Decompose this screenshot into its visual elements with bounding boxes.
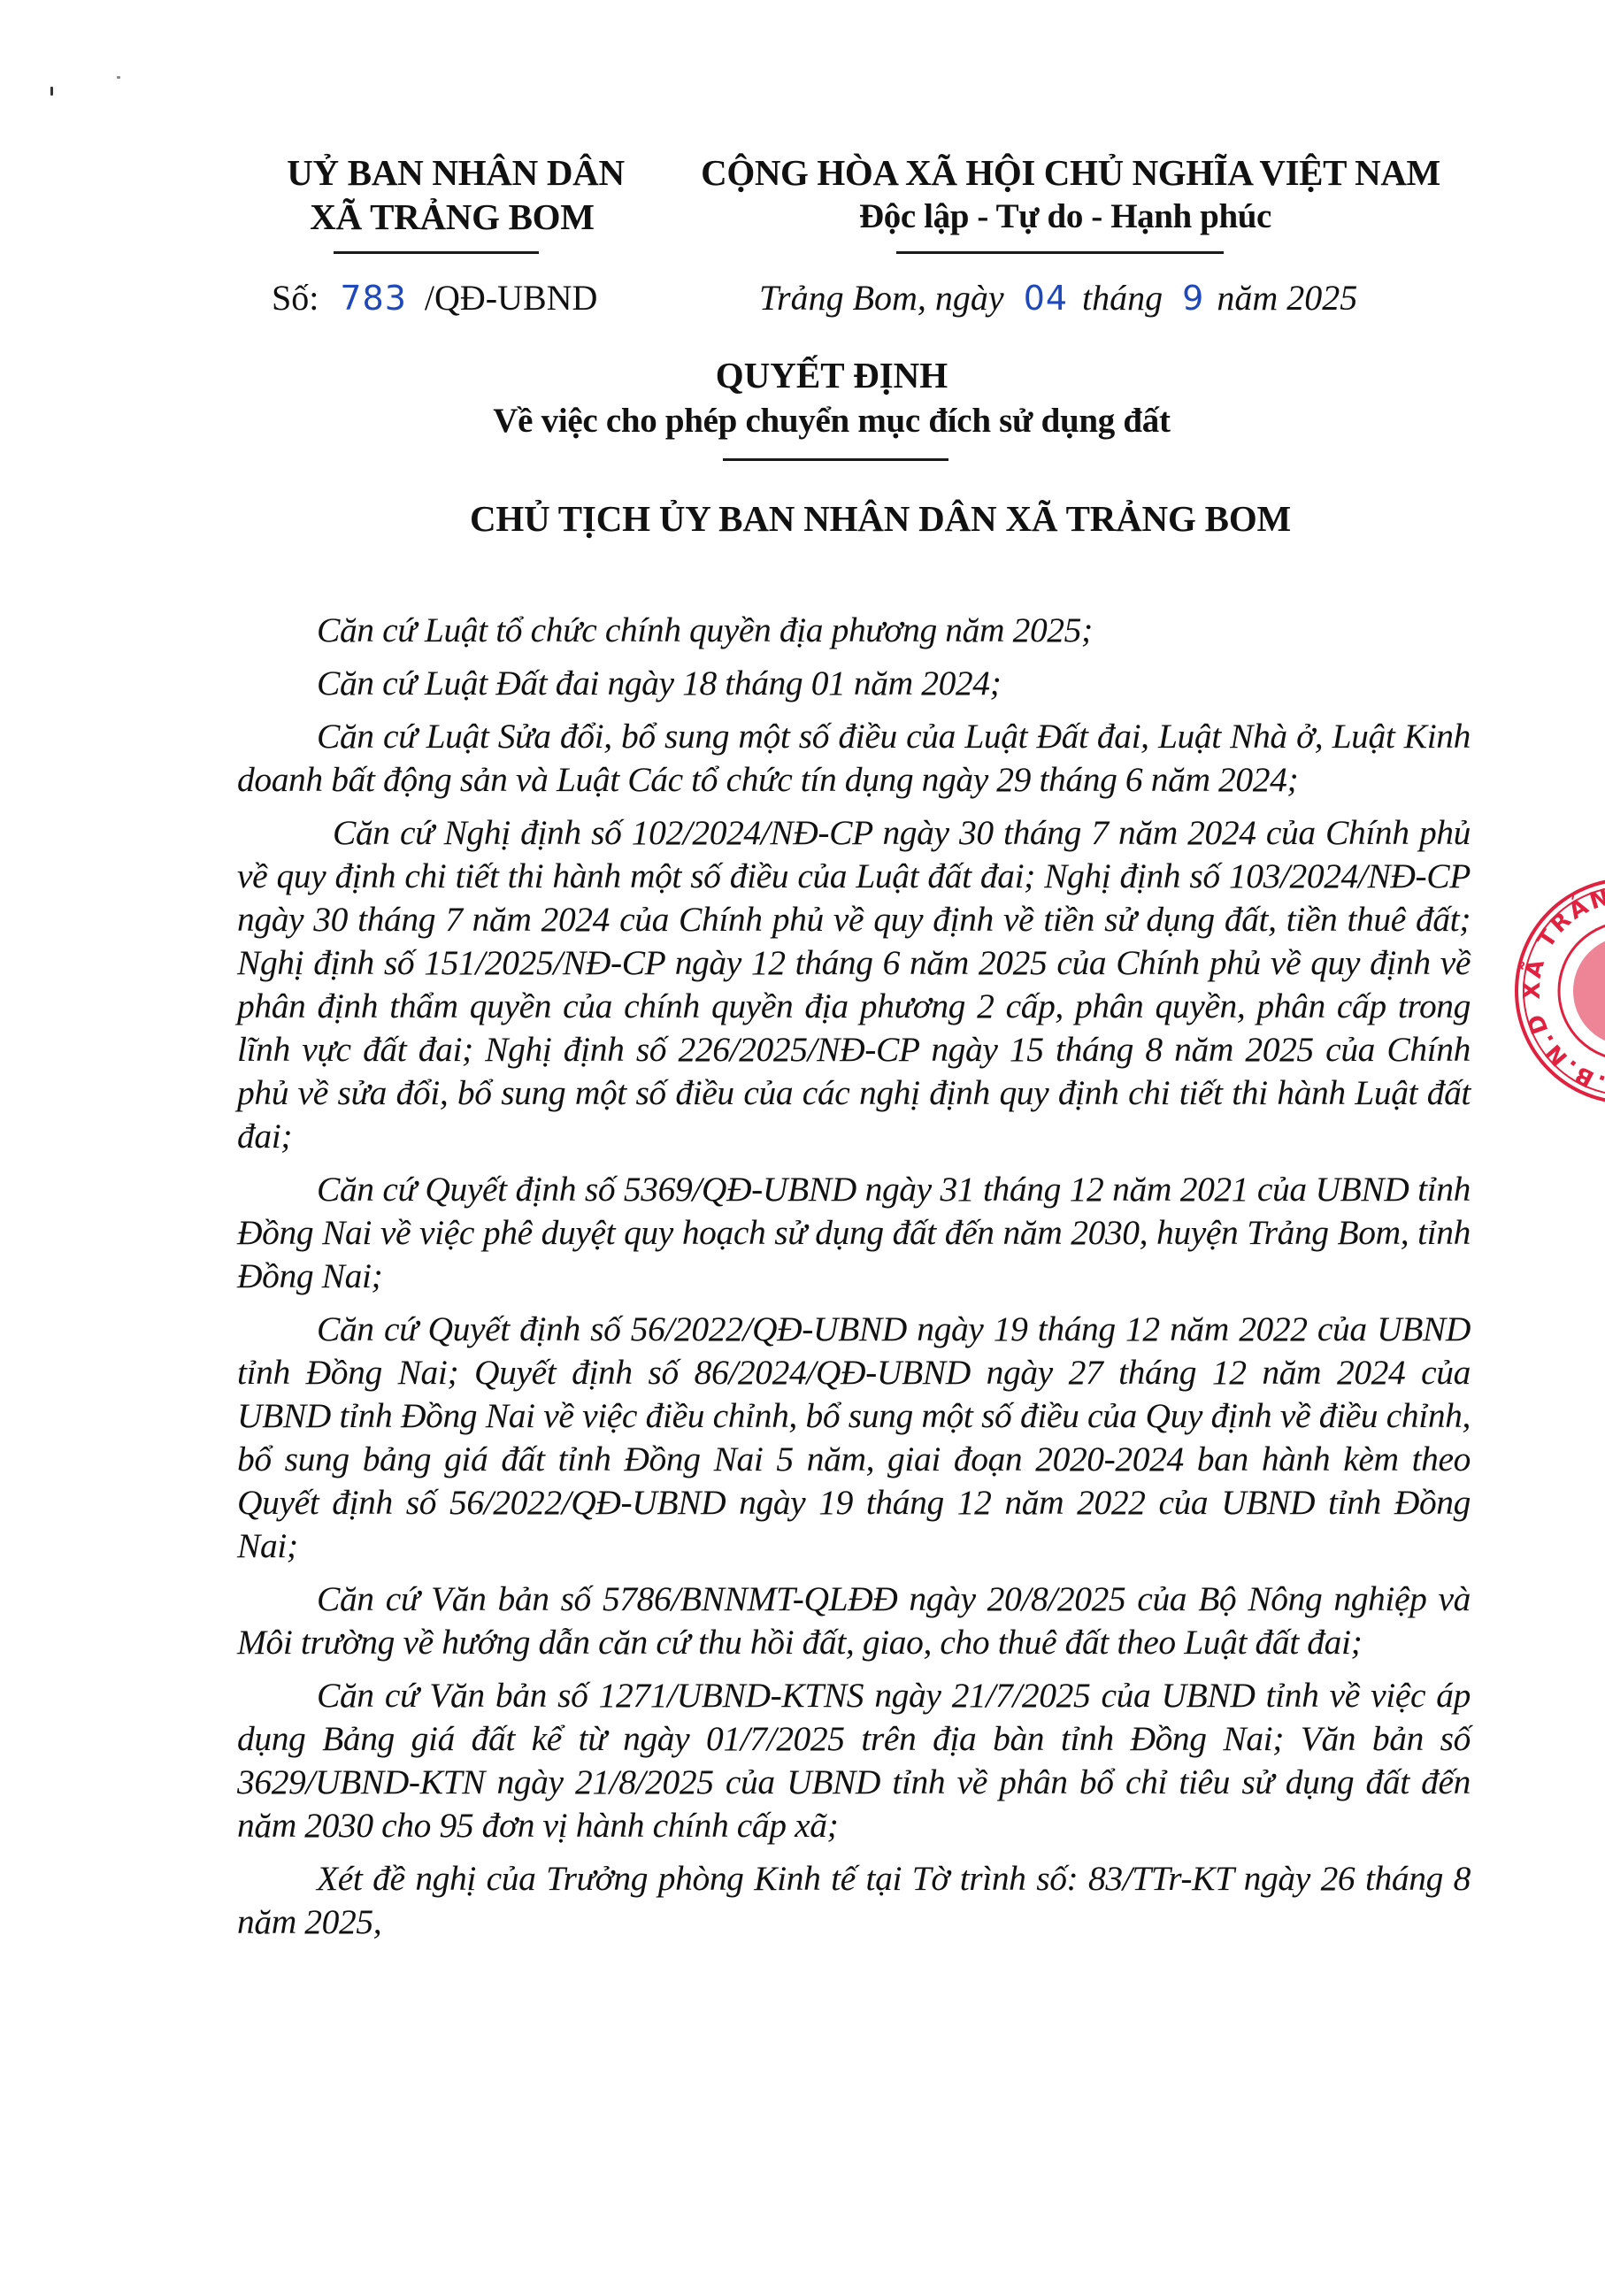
agency-header: UỶ BAN NHÂN DÂN XÃ TRẢNG BOM	[265, 150, 646, 254]
title-divider	[723, 458, 948, 461]
title-main: QUYẾT ĐỊNH	[336, 352, 1327, 398]
nation-motto: Độc lập - Tự do - Hạnh phúc	[662, 195, 1469, 239]
handwritten-month: 9	[1182, 279, 1204, 318]
number-label: Số:	[272, 278, 319, 318]
official-seal-stamp: U.B.N.D XÃ TRẢNG BOM	[1504, 867, 1605, 1115]
decision-title: QUYẾT ĐỊNH Về việc cho phép chuyển mục đ…	[265, 352, 1327, 461]
document-body: Căn cứ Luật tổ chức chính quyền địa phươ…	[237, 609, 1471, 1954]
document-page: UỶ BAN NHÂN DÂN XÃ TRẢNG BOM CỘNG HÒA XÃ…	[0, 0, 1605, 2296]
year-text: năm 2025	[1217, 278, 1357, 318]
proposal-paragraph: Xét đề nghị của Trưởng phòng Kinh tế tại…	[237, 1857, 1471, 1944]
legal-basis-paragraph: Căn cứ Quyết định số 56/2022/QĐ-UBND ngà…	[237, 1308, 1471, 1568]
agency-line-2: XÃ TRẢNG BOM	[258, 195, 646, 239]
national-header: CỘNG HÒA XÃ HỘI CHỦ NGHĨA VIỆT NAM Độc l…	[672, 150, 1469, 254]
nation-line-1: CỘNG HÒA XÃ HỘI CHỦ NGHĨA VIỆT NAM	[672, 150, 1469, 195]
month-label: tháng	[1082, 278, 1163, 318]
legal-basis-paragraph: Căn cứ Văn bản số 5786/BNNMT-QLĐĐ ngày 2…	[237, 1578, 1471, 1664]
legal-basis-paragraph: Căn cứ Luật Đất đai ngày 18 tháng 01 năm…	[237, 662, 1471, 705]
legal-basis-paragraph: Căn cứ Nghị định số 102/2024/NĐ-CP ngày …	[237, 811, 1471, 1158]
seal-text: U.B.N.D XÃ TRẢNG BOM	[1504, 867, 1605, 1101]
document-date: Trảng Bom, ngày 04 tháng 9 năm 2025	[759, 277, 1357, 319]
legal-basis-paragraph: Căn cứ Luật tổ chức chính quyền địa phươ…	[237, 609, 1471, 652]
agency-divider	[334, 251, 539, 254]
scan-speck	[50, 87, 53, 96]
number-suffix: /QĐ-UBND	[425, 278, 598, 318]
nation-divider	[896, 251, 1224, 254]
document-number: Số: 783 /QĐ-UBND	[272, 277, 597, 319]
legal-basis-paragraph: Căn cứ Luật Sửa đổi, bổ sung một số điều…	[237, 715, 1471, 802]
issuing-authority: CHỦ TỊCH ỦY BAN NHÂN DÂN XÃ TRẢNG BOM	[265, 497, 1495, 540]
date-prefix: Trảng Bom, ngày	[759, 278, 1004, 318]
agency-line-1: UỶ BAN NHÂN DÂN	[265, 150, 646, 195]
svg-text:U.B.N.D XÃ TRẢNG BOM: U.B.N.D XÃ TRẢNG BOM	[1504, 867, 1605, 1101]
scan-speck	[117, 76, 120, 79]
handwritten-day: 04	[1024, 279, 1068, 318]
handwritten-number: 783	[340, 279, 407, 318]
legal-basis-paragraph: Căn cứ Văn bản số 1271/UBND-KTNS ngày 21…	[237, 1674, 1471, 1847]
legal-basis-paragraph: Căn cứ Quyết định số 5369/QĐ-UBND ngày 3…	[237, 1168, 1471, 1298]
title-subject: Về việc cho phép chuyển mục đích sử dụng…	[336, 398, 1327, 444]
